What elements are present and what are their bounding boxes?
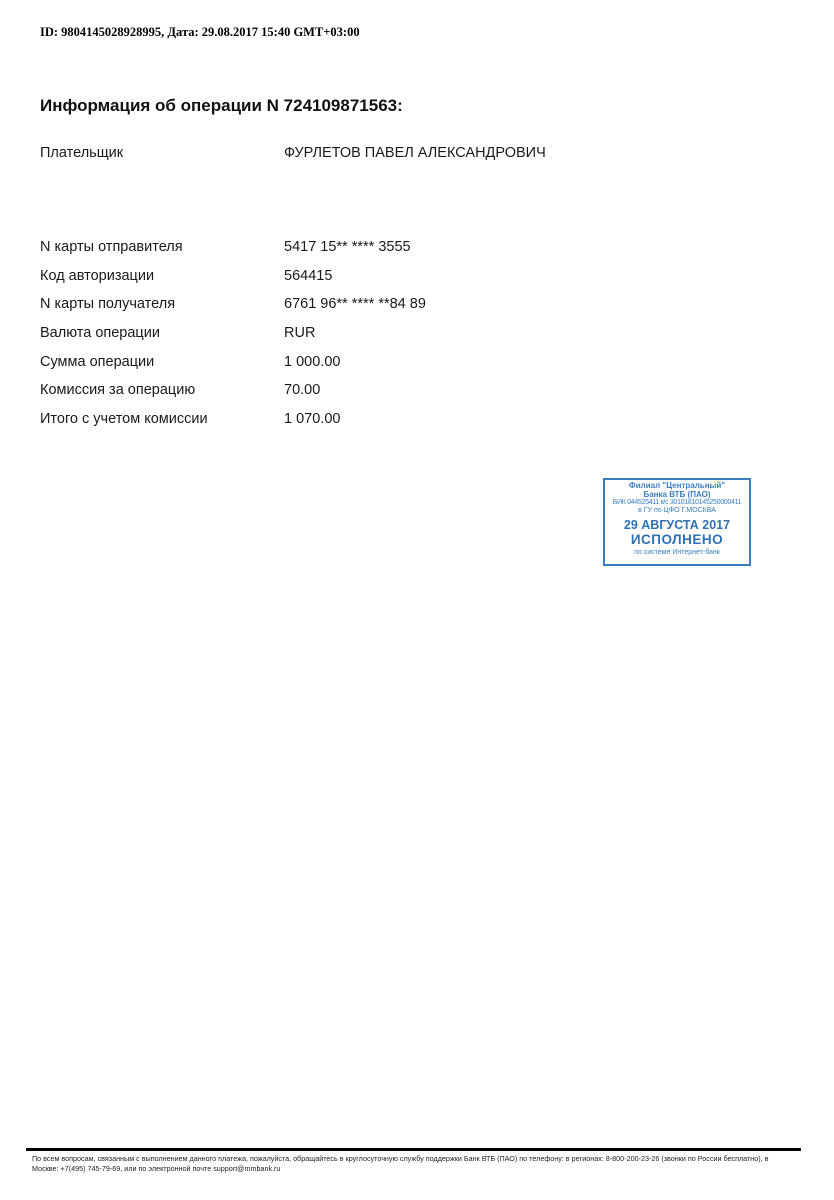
stamp-bik: БИК 044525411 к/с 30101810145250000411 [605,499,749,507]
detail-value: 6761 96** **** **84 89 [284,296,426,312]
stamp-branch: Филиал "Центральный" [605,481,749,490]
detail-row-auth-code: Код авторизации 564415 [40,268,800,288]
detail-row-currency: Валюта операции RUR [40,325,800,345]
footer-divider [26,1148,801,1151]
stamp-channel: по системе Интернет-банк [605,548,749,557]
footer-support-text: По всем вопросам, связанным с выполнение… [32,1154,782,1173]
detail-label: Код авторизации [40,268,154,284]
detail-label: Итого с учетом комиссии [40,411,208,427]
stamp-region: в ГУ по ЦФО Г.МОСКВА [605,507,749,515]
bank-stamp: Филиал "Центральный" Банка ВТБ (ПАО) БИК… [603,478,751,566]
stamp-date: 29 АВГУСТА 2017 [605,518,749,532]
detail-row-amount: Сумма операции 1 000.00 [40,354,800,374]
detail-row-recipient-card: N карты получателя 6761 96** **** **84 8… [40,296,800,316]
detail-value: 1 000.00 [284,354,340,370]
detail-row-sender-card: N карты отправителя 5417 15** **** 3555 [40,239,800,259]
detail-value: 1 070.00 [284,411,340,427]
detail-label: Плательщик [40,145,123,161]
detail-label: Сумма операции [40,354,154,370]
detail-label: Валюта операции [40,325,160,341]
detail-value: 564415 [284,268,332,284]
document-id-date: ID: 9804145028928995, Дата: 29.08.2017 1… [40,25,360,40]
stamp-status: ИСПОЛНЕНО [605,532,749,547]
detail-value: 70.00 [284,382,320,398]
detail-value: RUR [284,325,315,341]
detail-label: Комиссия за операцию [40,382,195,398]
detail-label: N карты получателя [40,296,175,312]
detail-value: ФУРЛЕТОВ ПАВЕЛ АЛЕКСАНДРОВИЧ [284,145,546,161]
detail-row-commission: Комиссия за операцию 70.00 [40,382,800,402]
page-title: Информация об операции N 724109871563: [40,96,403,116]
detail-row-total: Итого с учетом комиссии 1 070.00 [40,411,800,431]
detail-label: N карты отправителя [40,239,183,255]
detail-value: 5417 15** **** 3555 [284,239,411,255]
detail-row-payer: Плательщик ФУРЛЕТОВ ПАВЕЛ АЛЕКСАНДРОВИЧ [40,145,800,165]
stamp-bank: Банка ВТБ (ПАО) [605,490,749,499]
